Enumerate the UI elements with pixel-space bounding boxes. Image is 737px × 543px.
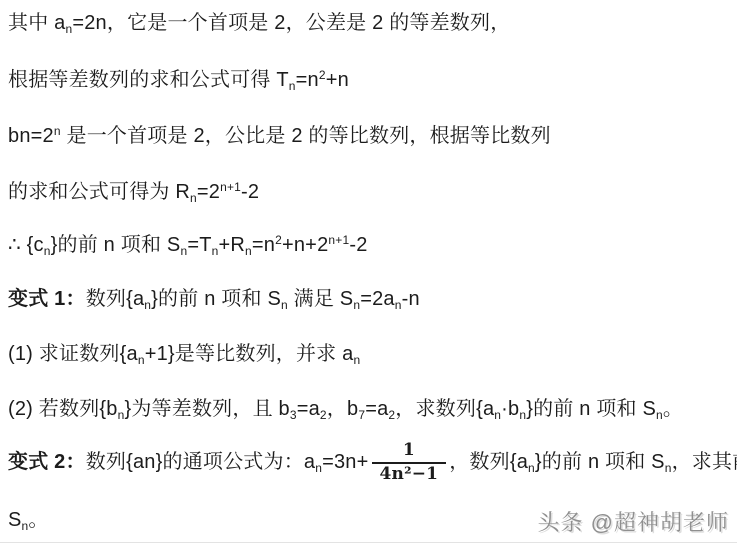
subscript: n [528,461,535,475]
bold-label: 变式 1： [8,288,86,310]
text-segment: S [8,509,22,531]
text-segment: 的求和公式可得为 R [8,181,190,203]
text-segment: -2 [349,234,367,256]
text-segment: =n [296,69,319,91]
text-segment: }为等差数列，且 b [124,398,289,420]
subscript: n [656,408,663,422]
subscript: n [190,191,197,205]
text-segment: }的前 n 项和 S [51,234,181,256]
subscript: n [353,353,360,367]
text-segment: }的前 n 项和 S [151,288,281,310]
text-segment: (1) 求证数列{a [8,343,138,365]
text-segment: +n+2 [282,234,328,256]
line-variation-1: 变式 1：数列{an}的前 n 项和 Sn 满足 Sn=2an-n [8,286,735,312]
text-segment: 数列{a [86,288,145,310]
text-segment: 数列{an}的通项公式为：a [86,451,316,473]
text-segment: ∴ {c [8,234,44,256]
subscript: n [138,353,145,367]
subscript: n [245,244,252,258]
text-segment: =T [187,234,211,256]
text-segment: ，数列{a [449,451,528,473]
text-segment: }的前 n 项和 S [535,451,665,473]
superscript: n [54,124,61,138]
watermark: 头条 @超神胡老师 [538,506,729,537]
text-segment: bn=2 [8,125,54,147]
subscript: n [212,244,219,258]
superscript: 2 [275,233,282,247]
text-segment: 。 [663,398,683,420]
text-segment: 根据等差数列的求和公式可得 T [8,69,289,91]
text-segment: 。 [28,509,48,531]
line-rn-formula: 的求和公式可得为 Rn=2n+1-2 [8,179,735,205]
subscript: n [665,461,672,475]
subscript: n [289,79,296,93]
text-segment: -n [402,288,420,310]
text-segment: +1}是等比数列，并求 a [145,343,354,365]
fraction-denominator: 4n²−1 [372,462,447,485]
text-segment: =3n+ [322,451,368,473]
text-segment: +R [219,234,246,256]
text-segment: =2 [197,181,220,203]
text-segment: =2n，它是一个首项是 2，公差是 2 的等差数列， [72,12,510,34]
line-question-1: (1) 求证数列{an+1}是等比数列，并求 an [8,341,735,367]
superscript: n+1 [220,180,241,194]
text-segment: 是一个首项是 2，公比是 2 的等比数列，根据等比数列 [61,125,551,147]
text-segment: -2 [241,181,259,203]
text-segment: ，求其前 n 项和 [672,451,737,473]
subscript: n [44,244,51,258]
line-question-2: (2) 若数列{bn}为等差数列，且 b3=a2，b7=a2，求数列{an·bn… [8,396,735,422]
text-segment: 满足 S [288,288,353,310]
fraction: 14n²−1 [372,441,447,484]
text-segment: }的前 n 项和 S [526,398,656,420]
text-segment: 其中 a [8,12,65,34]
superscript: 2 [319,68,326,82]
math-document-page: 其中 an=2n，它是一个首项是 2，公差是 2 的等差数列，根据等差数列的求和… [0,0,737,543]
line-an-definition: 其中 an=2n，它是一个首项是 2，公差是 2 的等差数列， [8,10,735,36]
text-segment: ，b [327,398,359,420]
subscript: n [395,298,402,312]
subscript: n [281,298,288,312]
line-variation-2: 变式 2：数列{an}的通项公式为：an=3n+14n²−1，数列{an}的前 … [8,441,735,484]
fraction-numerator: 1 [372,441,447,462]
line-tn-formula: 根据等差数列的求和公式可得 Tn=n2+n [8,67,735,93]
text-segment: =a [297,398,320,420]
text-segment: =2a [360,288,395,310]
text-segment: +n [326,69,349,91]
text-segment: ，求数列{a [395,398,494,420]
subscript: 3 [290,408,297,422]
line-bn-definition: bn=2n 是一个首项是 2，公比是 2 的等比数列，根据等比数列 [8,123,735,149]
text-segment: =a [365,398,388,420]
text-segment: (2) 若数列{b [8,398,118,420]
superscript: n+1 [328,233,349,247]
bold-label: 变式 2： [8,451,86,473]
subscript: 2 [320,408,327,422]
text-segment: =n [252,234,275,256]
text-segment: ·b [501,398,519,420]
line-sn-conclusion: ∴ {cn}的前 n 项和 Sn=Tn+Rn=n2+n+2n+1-2 [8,232,735,258]
